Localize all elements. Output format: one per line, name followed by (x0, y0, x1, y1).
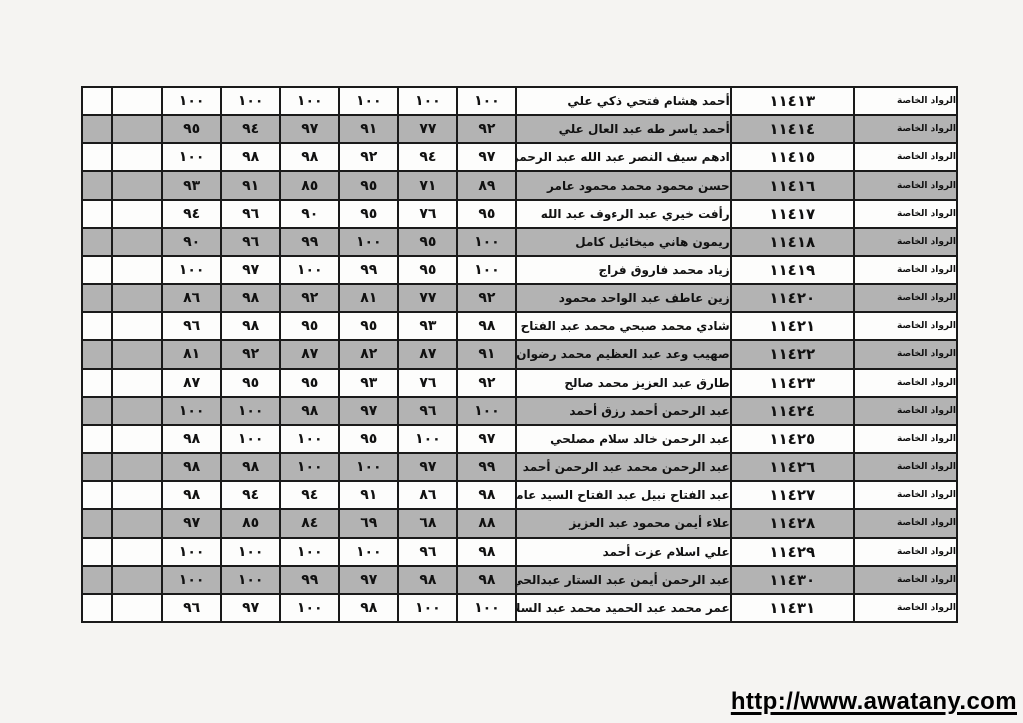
empty-cell-2 (112, 228, 162, 256)
score-cell-2: ١٠٠ (221, 538, 280, 566)
score-cell-6: ٩٧ (457, 143, 516, 171)
student-row: ٩٣ ٩١ ٨٥ ٩٥ ٧١ ٨٩ حسن محمود محمد محمود ع… (82, 171, 957, 199)
seat-number-cell: ١١٤٢٠ (731, 284, 854, 312)
score-cell-3: ٩٥ (280, 312, 339, 340)
score-cell-3: ٨٥ (280, 171, 339, 199)
score-cell-3: ٨٤ (280, 509, 339, 537)
score-cell-4: ١٠٠ (339, 87, 398, 115)
score-cell-2: ٩٨ (221, 453, 280, 481)
score-cell-1: ٩٣ (162, 171, 221, 199)
student-row: ٩٨ ٩٨ ١٠٠ ١٠٠ ٩٧ ٩٩ عبد الرحمن محمد عبد … (82, 453, 957, 481)
score-cell-4: ٩٥ (339, 312, 398, 340)
seat-number-cell: ١١٤٢٥ (731, 425, 854, 453)
score-cell-1: ١٠٠ (162, 87, 221, 115)
score-cell-6: ٩١ (457, 340, 516, 368)
empty-cell-1 (82, 284, 112, 312)
score-cell-4: ٩٥ (339, 171, 398, 199)
empty-cell-1 (82, 87, 112, 115)
score-cell-4: ٩٩ (339, 256, 398, 284)
score-cell-1: ١٠٠ (162, 397, 221, 425)
student-row: ٩٨ ٩٤ ٩٤ ٩١ ٨٦ ٩٨ عبد الفتاح نبيل عبد ال… (82, 481, 957, 509)
score-cell-5: ٩٨ (398, 566, 457, 594)
empty-cell-2 (112, 200, 162, 228)
empty-cell-2 (112, 453, 162, 481)
empty-cell-1 (82, 453, 112, 481)
empty-cell-2 (112, 594, 162, 622)
student-row: ٩٤ ٩٦ ٩٠ ٩٥ ٧٦ ٩٥ رأفت خيري عبد الرءوف ع… (82, 200, 957, 228)
seat-number-cell: ١١٤٢٩ (731, 538, 854, 566)
page: { "page": { "background": "#f5f4f2", "co… (0, 0, 1023, 723)
empty-cell-1 (82, 538, 112, 566)
score-cell-5: ٧٧ (398, 115, 457, 143)
score-cell-4: ٦٩ (339, 509, 398, 537)
score-cell-5: ٩٤ (398, 143, 457, 171)
score-cell-5: ١٠٠ (398, 87, 457, 115)
score-cell-1: ٩٨ (162, 425, 221, 453)
score-cell-5: ٧١ (398, 171, 457, 199)
score-cell-2: ٩٤ (221, 481, 280, 509)
score-cell-5: ٨٧ (398, 340, 457, 368)
student-row: ٩٦ ٩٨ ٩٥ ٩٥ ٩٣ ٩٨ شادي محمد صبحي محمد عب… (82, 312, 957, 340)
score-cell-2: ٩١ (221, 171, 280, 199)
empty-cell-2 (112, 397, 162, 425)
empty-cell-1 (82, 143, 112, 171)
score-cell-4: ٩٧ (339, 566, 398, 594)
empty-cell-2 (112, 481, 162, 509)
score-cell-5: ٦٨ (398, 509, 457, 537)
score-cell-3: ٩٩ (280, 566, 339, 594)
school-name-cell: الرواد الخاصة (854, 594, 957, 622)
student-row: ٨٦ ٩٨ ٩٢ ٨١ ٧٧ ٩٢ زين عاطف عبد الواحد مح… (82, 284, 957, 312)
score-cell-3: ٨٧ (280, 340, 339, 368)
student-name-cell: عبد الرحمن خالد سلام مصلحي (516, 425, 730, 453)
school-name-cell: الرواد الخاصة (854, 369, 957, 397)
empty-cell-2 (112, 256, 162, 284)
score-cell-6: ٩٢ (457, 369, 516, 397)
score-cell-3: ١٠٠ (280, 425, 339, 453)
score-cell-3: ٩٢ (280, 284, 339, 312)
empty-cell-2 (112, 143, 162, 171)
seat-number-cell: ١١٤٢٤ (731, 397, 854, 425)
score-cell-5: ٧٧ (398, 284, 457, 312)
score-cell-6: ٨٩ (457, 171, 516, 199)
school-name-cell: الرواد الخاصة (854, 200, 957, 228)
score-cell-5: ٨٦ (398, 481, 457, 509)
score-cell-1: ٩٦ (162, 312, 221, 340)
score-cell-6: ٨٨ (457, 509, 516, 537)
score-cell-1: ١٠٠ (162, 256, 221, 284)
student-row: ٩٠ ٩٦ ٩٩ ١٠٠ ٩٥ ١٠٠ ريمون هاني ميخائيل ك… (82, 228, 957, 256)
seat-number-cell: ١١٤٢١ (731, 312, 854, 340)
score-cell-1: ٨٦ (162, 284, 221, 312)
empty-cell-2 (112, 566, 162, 594)
student-row: ٨١ ٩٢ ٨٧ ٨٢ ٨٧ ٩١ صهيب وعد عبد العظيم مح… (82, 340, 957, 368)
score-cell-2: ٩٥ (221, 369, 280, 397)
seat-number-cell: ١١٤٢٦ (731, 453, 854, 481)
empty-cell-1 (82, 256, 112, 284)
score-cell-2: ٩٨ (221, 284, 280, 312)
score-cell-4: ٨٢ (339, 340, 398, 368)
student-row: ٨٧ ٩٥ ٩٥ ٩٣ ٧٦ ٩٢ طارق عبد العزيز محمد ص… (82, 369, 957, 397)
score-cell-3: ٩٨ (280, 143, 339, 171)
score-cell-1: ٩٧ (162, 509, 221, 537)
seat-number-cell: ١١٤٢٣ (731, 369, 854, 397)
student-name-cell: ادهم سيف النصر عبد الله عبد الرحمن (516, 143, 730, 171)
empty-cell-2 (112, 115, 162, 143)
empty-cell-2 (112, 369, 162, 397)
student-name-cell: علي اسلام عزت أحمد (516, 538, 730, 566)
student-row: ١٠٠ ٩٨ ٩٨ ٩٢ ٩٤ ٩٧ ادهم سيف النصر عبد ال… (82, 143, 957, 171)
empty-cell-1 (82, 481, 112, 509)
empty-cell-2 (112, 509, 162, 537)
empty-cell-1 (82, 340, 112, 368)
score-cell-1: ٨٧ (162, 369, 221, 397)
school-name-cell: الرواد الخاصة (854, 228, 957, 256)
student-name-cell: زياد محمد فاروق فراج (516, 256, 730, 284)
student-name-cell: زين عاطف عبد الواحد محمود (516, 284, 730, 312)
seat-number-cell: ١١٤١٦ (731, 171, 854, 199)
seat-number-cell: ١١٤١٨ (731, 228, 854, 256)
school-name-cell: الرواد الخاصة (854, 284, 957, 312)
score-cell-6: ٩٧ (457, 425, 516, 453)
student-row: ١٠٠ ١٠٠ ١٠٠ ١٠٠ ١٠٠ ١٠٠ أحمد هشام فتحي ذ… (82, 87, 957, 115)
student-name-cell: ريمون هاني ميخائيل كامل (516, 228, 730, 256)
school-name-cell: الرواد الخاصة (854, 481, 957, 509)
score-cell-5: ٩٥ (398, 228, 457, 256)
school-name-cell: الرواد الخاصة (854, 566, 957, 594)
seat-number-cell: ١١٤١٣ (731, 87, 854, 115)
empty-cell-1 (82, 171, 112, 199)
score-cell-2: ٨٥ (221, 509, 280, 537)
student-name-cell: عبد الفتاح نبيل عبد الفتاح السيد عامر (516, 481, 730, 509)
score-cell-5: ٩٦ (398, 397, 457, 425)
empty-cell-1 (82, 200, 112, 228)
score-cell-3: ١٠٠ (280, 538, 339, 566)
score-cell-5: ٧٦ (398, 369, 457, 397)
student-row: ٩٥ ٩٤ ٩٧ ٩١ ٧٧ ٩٢ أحمد ياسر طه عبد العال… (82, 115, 957, 143)
student-name-cell: عبد الرحمن محمد عبد الرحمن أحمد (516, 453, 730, 481)
school-name-cell: الرواد الخاصة (854, 509, 957, 537)
score-cell-3: ٩٨ (280, 397, 339, 425)
score-cell-6: ٩٩ (457, 453, 516, 481)
student-row: ١٠٠ ١٠٠ ٩٩ ٩٧ ٩٨ ٩٨ عبد الرحمن أيمن عبد … (82, 566, 957, 594)
score-cell-2: ٩٢ (221, 340, 280, 368)
student-row: ١٠٠ ٩٧ ١٠٠ ٩٩ ٩٥ ١٠٠ زياد محمد فاروق فرا… (82, 256, 957, 284)
score-cell-1: ٩٠ (162, 228, 221, 256)
school-name-cell: الرواد الخاصة (854, 312, 957, 340)
school-name-cell: الرواد الخاصة (854, 115, 957, 143)
empty-cell-1 (82, 369, 112, 397)
results-table-body: ١٠٠ ١٠٠ ١٠٠ ١٠٠ ١٠٠ ١٠٠ أحمد هشام فتحي ذ… (82, 87, 957, 622)
empty-cell-1 (82, 509, 112, 537)
score-cell-5: ٧٦ (398, 200, 457, 228)
empty-cell-2 (112, 340, 162, 368)
school-name-cell: الرواد الخاصة (854, 171, 957, 199)
score-cell-6: ٩٨ (457, 312, 516, 340)
score-cell-3: ١٠٠ (280, 87, 339, 115)
score-cell-4: ١٠٠ (339, 228, 398, 256)
empty-cell-2 (112, 538, 162, 566)
empty-cell-2 (112, 284, 162, 312)
score-cell-3: ٩٥ (280, 369, 339, 397)
school-name-cell: الرواد الخاصة (854, 397, 957, 425)
score-cell-1: ٨١ (162, 340, 221, 368)
score-cell-6: ١٠٠ (457, 256, 516, 284)
score-cell-6: ٩٨ (457, 538, 516, 566)
school-name-cell: الرواد الخاصة (854, 340, 957, 368)
score-cell-1: ٩٨ (162, 453, 221, 481)
score-cell-4: ٩٣ (339, 369, 398, 397)
empty-cell-2 (112, 87, 162, 115)
score-cell-4: ٩٧ (339, 397, 398, 425)
student-name-cell: علاء أيمن محمود عبد العزيز (516, 509, 730, 537)
score-cell-1: ٩٥ (162, 115, 221, 143)
score-cell-3: ٩٧ (280, 115, 339, 143)
score-cell-3: ١٠٠ (280, 256, 339, 284)
seat-number-cell: ١١٤٢٨ (731, 509, 854, 537)
score-cell-6: ٩٨ (457, 481, 516, 509)
score-cell-1: ١٠٠ (162, 538, 221, 566)
score-cell-2: ٩٤ (221, 115, 280, 143)
score-cell-5: ٩٦ (398, 538, 457, 566)
score-cell-4: ١٠٠ (339, 538, 398, 566)
score-cell-4: ٩٥ (339, 200, 398, 228)
student-name-cell: حسن محمود محمد محمود عامر (516, 171, 730, 199)
score-cell-6: ١٠٠ (457, 594, 516, 622)
school-name-cell: الرواد الخاصة (854, 143, 957, 171)
score-cell-3: ١٠٠ (280, 453, 339, 481)
score-cell-6: ٩٥ (457, 200, 516, 228)
score-cell-5: ٩٧ (398, 453, 457, 481)
score-cell-6: ١٠٠ (457, 228, 516, 256)
score-cell-4: ٩٢ (339, 143, 398, 171)
score-cell-6: ٩٢ (457, 115, 516, 143)
score-cell-5: ٩٣ (398, 312, 457, 340)
score-cell-2: ٩٦ (221, 200, 280, 228)
student-name-cell: عبد الرحمن أحمد رزق أحمد (516, 397, 730, 425)
score-cell-6: ٩٨ (457, 566, 516, 594)
student-row: ٩٧ ٨٥ ٨٤ ٦٩ ٦٨ ٨٨ علاء أيمن محمود عبد ال… (82, 509, 957, 537)
seat-number-cell: ١١٤١٤ (731, 115, 854, 143)
score-cell-5: ١٠٠ (398, 594, 457, 622)
seat-number-cell: ١١٤١٥ (731, 143, 854, 171)
student-row: ٩٨ ١٠٠ ١٠٠ ٩٥ ١٠٠ ٩٧ عبد الرحمن خالد سلا… (82, 425, 957, 453)
empty-cell-1 (82, 425, 112, 453)
score-cell-2: ١٠٠ (221, 425, 280, 453)
score-cell-1: ١٠٠ (162, 143, 221, 171)
score-cell-1: ١٠٠ (162, 566, 221, 594)
empty-cell-1 (82, 594, 112, 622)
empty-cell-2 (112, 171, 162, 199)
score-cell-2: ١٠٠ (221, 397, 280, 425)
score-cell-3: ٩٩ (280, 228, 339, 256)
seat-number-cell: ١١٤٢٢ (731, 340, 854, 368)
score-cell-3: ١٠٠ (280, 594, 339, 622)
score-cell-4: ١٠٠ (339, 453, 398, 481)
student-name-cell: شادي محمد صبحي محمد عبد الفتاح (516, 312, 730, 340)
score-cell-6: ١٠٠ (457, 397, 516, 425)
score-cell-3: ٩٠ (280, 200, 339, 228)
score-cell-3: ٩٤ (280, 481, 339, 509)
seat-number-cell: ١١٤٣١ (731, 594, 854, 622)
empty-cell-1 (82, 228, 112, 256)
school-name-cell: الرواد الخاصة (854, 453, 957, 481)
score-cell-2: ٩٧ (221, 594, 280, 622)
score-cell-2: ١٠٠ (221, 87, 280, 115)
empty-cell-2 (112, 425, 162, 453)
seat-number-cell: ١١٤٢٧ (731, 481, 854, 509)
score-cell-2: ٩٨ (221, 143, 280, 171)
student-name-cell: رأفت خيري عبد الرءوف عبد الله (516, 200, 730, 228)
school-name-cell: الرواد الخاصة (854, 425, 957, 453)
score-cell-2: ٩٦ (221, 228, 280, 256)
student-row: ١٠٠ ١٠٠ ١٠٠ ١٠٠ ٩٦ ٩٨ علي اسلام عزت أحمد… (82, 538, 957, 566)
score-cell-1: ٩٨ (162, 481, 221, 509)
score-cell-6: ١٠٠ (457, 87, 516, 115)
student-name-cell: طارق عبد العزيز محمد صالح (516, 369, 730, 397)
score-cell-4: ٩٨ (339, 594, 398, 622)
student-name-cell: صهيب وعد عبد العظيم محمد رضوان (516, 340, 730, 368)
score-cell-1: ٩٦ (162, 594, 221, 622)
score-cell-6: ٩٢ (457, 284, 516, 312)
school-name-cell: الرواد الخاصة (854, 87, 957, 115)
footer-site-link[interactable]: http://www.awatany.com (731, 688, 1017, 716)
empty-cell-1 (82, 312, 112, 340)
results-table: ١٠٠ ١٠٠ ١٠٠ ١٠٠ ١٠٠ ١٠٠ أحمد هشام فتحي ذ… (81, 86, 958, 623)
seat-number-cell: ١١٤١٧ (731, 200, 854, 228)
score-cell-5: ١٠٠ (398, 425, 457, 453)
score-cell-2: ٩٧ (221, 256, 280, 284)
school-name-cell: الرواد الخاصة (854, 538, 957, 566)
seat-number-cell: ١١٤٣٠ (731, 566, 854, 594)
empty-cell-2 (112, 312, 162, 340)
score-cell-4: ٩١ (339, 115, 398, 143)
seat-number-cell: ١١٤١٩ (731, 256, 854, 284)
student-name-cell: أحمد هشام فتحي ذكي علي (516, 87, 730, 115)
student-row: ١٠٠ ١٠٠ ٩٨ ٩٧ ٩٦ ١٠٠ عبد الرحمن أحمد رزق… (82, 397, 957, 425)
student-name-cell: عمر محمد عبد الحميد محمد عبد السلام (516, 594, 730, 622)
score-cell-1: ٩٤ (162, 200, 221, 228)
empty-cell-1 (82, 566, 112, 594)
school-name-cell: الرواد الخاصة (854, 256, 957, 284)
score-cell-4: ٨١ (339, 284, 398, 312)
empty-cell-1 (82, 115, 112, 143)
student-row: ٩٦ ٩٧ ١٠٠ ٩٨ ١٠٠ ١٠٠ عمر محمد عبد الحميد… (82, 594, 957, 622)
student-name-cell: عبد الرحمن أيمن عبد الستار عبدالحي (516, 566, 730, 594)
score-cell-2: ٩٨ (221, 312, 280, 340)
score-cell-2: ١٠٠ (221, 566, 280, 594)
score-cell-4: ٩٥ (339, 425, 398, 453)
empty-cell-1 (82, 397, 112, 425)
score-cell-4: ٩١ (339, 481, 398, 509)
score-cell-5: ٩٥ (398, 256, 457, 284)
student-name-cell: أحمد ياسر طه عبد العال علي (516, 115, 730, 143)
